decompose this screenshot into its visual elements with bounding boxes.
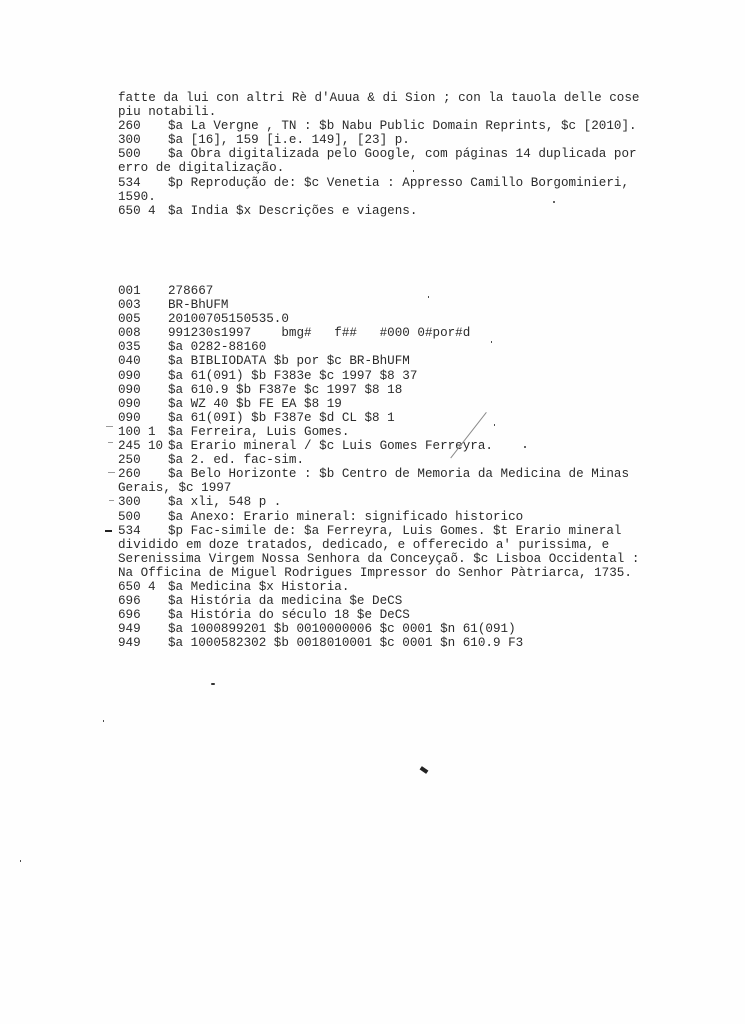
- field-value: BR-BhUFM: [168, 298, 228, 312]
- field-indicator: 4: [148, 580, 168, 594]
- field-value: $a 61(09I) $b F387e $d CL $8 1: [168, 411, 395, 425]
- speck: [103, 720, 104, 722]
- field-indicator: [148, 383, 168, 397]
- marc-field-260: 260$a La Vergne , TN : $b Nabu Public Do…: [118, 119, 638, 133]
- field-tag: 300: [118, 495, 148, 509]
- speck: [553, 201, 555, 203]
- marc-field-090: 090$a 610.9 $b F387e $c 1997 $8 18: [118, 383, 638, 397]
- field-continuation: erro de digitalização.: [118, 161, 638, 175]
- field-tag: 260: [118, 467, 148, 481]
- margin-tick: [108, 442, 113, 443]
- field-indicator: [148, 119, 168, 133]
- field-tag: 500: [118, 510, 148, 524]
- field-indicator: [148, 133, 168, 147]
- field-tag: 650: [118, 580, 148, 594]
- field-tag: 003: [118, 298, 148, 312]
- field-indicator: [148, 312, 168, 326]
- field-indicator: [148, 354, 168, 368]
- marc-field-949: 949$a 1000582302 $b 0018010001 $c 0001 $…: [118, 636, 638, 650]
- field-continuation: Serenissima Virgem Nossa Senhora da Conc…: [118, 552, 638, 566]
- field-value: $a 0282-88160: [168, 340, 266, 354]
- field-value: $a Medicina $x Historia.: [168, 580, 349, 594]
- field-indicator: 4: [148, 204, 168, 218]
- field-tag: 090: [118, 397, 148, 411]
- field-tag: 500: [118, 147, 148, 161]
- field-value: $a Ferreira, Luis Gomes.: [168, 425, 349, 439]
- marc-record: 001278667003BR-BhUFM00520100705150535.00…: [118, 284, 638, 650]
- marc-field-260: 260$a Belo Horizonte : $b Centro de Memo…: [118, 467, 638, 481]
- field-value: 278667: [168, 284, 213, 298]
- field-tag: 949: [118, 622, 148, 636]
- field-value: $a Anexo: Erario mineral: significado hi…: [168, 510, 523, 524]
- marc-field-245: 24510$a Erario mineral / $c Luis Gomes F…: [118, 439, 638, 453]
- marc-field-003: 003BR-BhUFM: [118, 298, 638, 312]
- field-value: $a 1000899201 $b 0010000006 $c 0001 $n 6…: [168, 622, 516, 636]
- marc-field-534: 534$p Reprodução de: $c Venetia : Appres…: [118, 176, 638, 190]
- field-value: $a India $x Descrições e viagens.: [168, 204, 417, 218]
- field-continuation: 1590.: [118, 190, 638, 204]
- field-value: 20100705150535.0: [168, 312, 289, 326]
- field-indicator: [148, 147, 168, 161]
- marc-field-300: 300$a [16], 159 [i.e. 149], [23] p.: [118, 133, 638, 147]
- field-value: $a Belo Horizonte : $b Centro de Memoria…: [168, 467, 629, 481]
- field-value: $a La Vergne , TN : $b Nabu Public Domai…: [168, 119, 637, 133]
- field-value: $a 2. ed. fac-sim.: [168, 453, 304, 467]
- field-value: $a História da medicina $e DeCS: [168, 594, 402, 608]
- field-indicator: [148, 340, 168, 354]
- speck: [20, 860, 21, 862]
- marc-field-696: 696$a História do século 18 $e DeCS: [118, 608, 638, 622]
- speck: [428, 296, 429, 298]
- marc-field-001: 001278667: [118, 284, 638, 298]
- marc-field-650: 6504$a India $x Descrições e viagens.: [118, 204, 638, 218]
- marc-field-035: 035$a 0282-88160: [118, 340, 638, 354]
- margin-tick: [109, 500, 114, 501]
- field-indicator: [148, 284, 168, 298]
- field-value: $a [16], 159 [i.e. 149], [23] p.: [168, 133, 410, 147]
- field-tag: 040: [118, 354, 148, 368]
- field-value: $a 61(091) $b F383e $c 1997 $8 37: [168, 369, 417, 383]
- field-tag: 250: [118, 453, 148, 467]
- field-indicator: 10: [148, 439, 168, 453]
- marc-field-005: 00520100705150535.0: [118, 312, 638, 326]
- speck: [524, 446, 526, 448]
- field-continuation: Na Officina de Miguel Rodrigues Impresso…: [118, 566, 638, 580]
- field-indicator: [148, 608, 168, 622]
- marc-record-fragment: fatte da lui con altri Rè d'Auua & di Si…: [118, 91, 638, 218]
- field-tag: 260: [118, 119, 148, 133]
- marc-field-090: 090$a 61(091) $b F383e $c 1997 $8 37: [118, 369, 638, 383]
- margin-dash: [105, 530, 112, 532]
- field-value: $p Reprodução de: $c Venetia : Appresso …: [168, 176, 629, 190]
- field-continuation: dividido em doze tratados, dedicado, e o…: [118, 538, 638, 552]
- marc-field-949: 949$a 1000899201 $b 0010000006 $c 0001 $…: [118, 622, 638, 636]
- field-indicator: [148, 326, 168, 340]
- continuation-line: piu notabili.: [118, 105, 638, 119]
- field-value: $a WZ 40 $b FE EA $8 19: [168, 397, 342, 411]
- field-tag: 534: [118, 524, 148, 538]
- speck: [494, 424, 495, 426]
- field-indicator: [148, 495, 168, 509]
- field-value: $a Obra digitalizada pelo Google, com pá…: [168, 147, 637, 161]
- field-tag: 245: [118, 439, 148, 453]
- field-tag: 949: [118, 636, 148, 650]
- field-tag: 090: [118, 383, 148, 397]
- field-value: 991230s1997 bmg# f## #000 0#por#d: [168, 326, 470, 340]
- marc-field-100: 1001$a Ferreira, Luis Gomes.: [118, 425, 638, 439]
- field-indicator: [148, 524, 168, 538]
- marc-field-650: 6504$a Medicina $x Historia.: [118, 580, 638, 594]
- marc-field-534: 534$p Fac-simile de: $a Ferreyra, Luis G…: [118, 524, 638, 538]
- marc-field-008: 008991230s1997 bmg# f## #000 0#por#d: [118, 326, 638, 340]
- marc-field-090: 090$a 61(09I) $b F387e $d CL $8 1: [118, 411, 638, 425]
- marc-field-300: 300$a xli, 548 p .: [118, 495, 638, 509]
- field-tag: 035: [118, 340, 148, 354]
- field-continuation: Gerais, $c 1997: [118, 481, 638, 495]
- field-indicator: [148, 411, 168, 425]
- speck: [211, 683, 215, 685]
- field-tag: 005: [118, 312, 148, 326]
- field-value: $a Erario mineral / $c Luis Gomes Ferrey…: [168, 439, 493, 453]
- field-indicator: [148, 467, 168, 481]
- field-tag: 090: [118, 369, 148, 383]
- field-value: $a xli, 548 p .: [168, 495, 281, 509]
- field-tag: 696: [118, 594, 148, 608]
- field-indicator: [148, 453, 168, 467]
- marc-field-500: 500$a Obra digitalizada pelo Google, com…: [118, 147, 638, 161]
- field-tag: 090: [118, 411, 148, 425]
- margin-tick: [108, 472, 115, 473]
- field-value: $a 610.9 $b F387e $c 1997 $8 18: [168, 383, 402, 397]
- field-tag: 300: [118, 133, 148, 147]
- marc-field-696: 696$a História da medicina $e DeCS: [118, 594, 638, 608]
- field-indicator: [148, 510, 168, 524]
- marc-field-090: 090$a WZ 40 $b FE EA $8 19: [118, 397, 638, 411]
- field-indicator: 1: [148, 425, 168, 439]
- field-indicator: [148, 176, 168, 190]
- speck: [491, 341, 492, 343]
- field-indicator: [148, 397, 168, 411]
- field-indicator: [148, 622, 168, 636]
- speck: [413, 170, 414, 172]
- field-value: $p Fac-simile de: $a Ferreyra, Luis Gome…: [168, 524, 621, 538]
- field-tag: 696: [118, 608, 148, 622]
- field-value: $a História do século 18 $e DeCS: [168, 608, 410, 622]
- ink-blot: [420, 766, 429, 774]
- field-indicator: [148, 369, 168, 383]
- field-tag: 534: [118, 176, 148, 190]
- field-indicator: [148, 594, 168, 608]
- field-value: $a BIBLIODATA $b por $c BR-BhUFM: [168, 354, 410, 368]
- field-tag: 650: [118, 204, 148, 218]
- field-tag: 001: [118, 284, 148, 298]
- continuation-line: fatte da lui con altri Rè d'Auua & di Si…: [118, 91, 638, 105]
- marc-field-500: 500$a Anexo: Erario mineral: significado…: [118, 510, 638, 524]
- field-tag: 100: [118, 425, 148, 439]
- marc-field-250: 250$a 2. ed. fac-sim.: [118, 453, 638, 467]
- field-value: $a 1000582302 $b 0018010001 $c 0001 $n 6…: [168, 636, 523, 650]
- marc-field-040: 040$a BIBLIODATA $b por $c BR-BhUFM: [118, 354, 638, 368]
- scanned-page: fatte da lui con altri Rè d'Auua & di Si…: [0, 0, 745, 1024]
- field-indicator: [148, 636, 168, 650]
- field-tag: 008: [118, 326, 148, 340]
- margin-tick: [106, 426, 113, 427]
- field-indicator: [148, 298, 168, 312]
